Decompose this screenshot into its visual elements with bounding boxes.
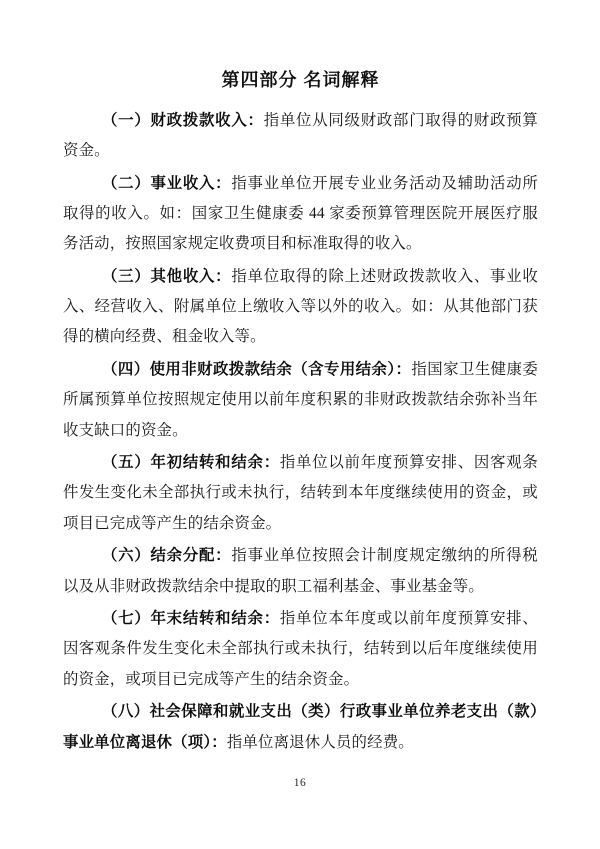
glossary-term: （七）年末结转和结余： bbox=[102, 610, 280, 627]
glossary-term: （六）结余分配： bbox=[102, 547, 231, 564]
glossary-definition: 指单位离退休人员的经费。 bbox=[227, 734, 414, 751]
page-number: 16 bbox=[0, 777, 600, 789]
glossary-item-1: （一）财政拨款收入：指单位从同级财政部门取得的财政预算资金。 bbox=[63, 106, 538, 166]
document-content: 第四部分 名词解释 （一）财政拨款收入：指单位从同级财政部门取得的财政预算资金。… bbox=[63, 68, 538, 760]
glossary-item-4: （四）使用非财政拨款结余（含专用结余）：指国家卫生健康委所属预算单位按照规定使用… bbox=[63, 355, 538, 446]
glossary-item-5: （五）年初结转和结余：指单位以前年度预算安排、因客观条件发生变化未全部执行或未执… bbox=[63, 448, 538, 539]
glossary-term: （三）其他收入： bbox=[102, 268, 231, 285]
document-page: 第四部分 名词解释 （一）财政拨款收入：指单位从同级财政部门取得的财政预算资金。… bbox=[0, 0, 600, 849]
glossary-item-6: （六）结余分配：指事业单位按照会计制度规定缴纳的所得税以及从非财政拨款结余中提取… bbox=[63, 541, 538, 601]
glossary-item-8: （八）社会保障和就业支出（类）行政事业单位养老支出（款）事业单位离退休（项）：指… bbox=[63, 697, 538, 757]
glossary-item-2: （二）事业收入：指事业单位开展专业业务活动及辅助活动所取得的收入。如：国家卫生健… bbox=[63, 169, 538, 260]
glossary-term: （一）财政拨款收入： bbox=[102, 112, 264, 129]
glossary-term: （二）事业收入： bbox=[102, 175, 231, 192]
glossary-term: （五）年初结转和结余： bbox=[102, 454, 280, 471]
glossary-item-3: （三）其他收入：指单位取得的除上述财政拨款收入、事业收入、经营收入、附属单位上缴… bbox=[63, 262, 538, 353]
glossary-item-7: （七）年末结转和结余：指单位本年度或以前年度预算安排、因客观条件发生变化未全部执… bbox=[63, 604, 538, 695]
glossary-term: （四）使用非财政拨款结余（含专用结余）： bbox=[102, 361, 411, 378]
page-title: 第四部分 名词解释 bbox=[63, 68, 538, 92]
